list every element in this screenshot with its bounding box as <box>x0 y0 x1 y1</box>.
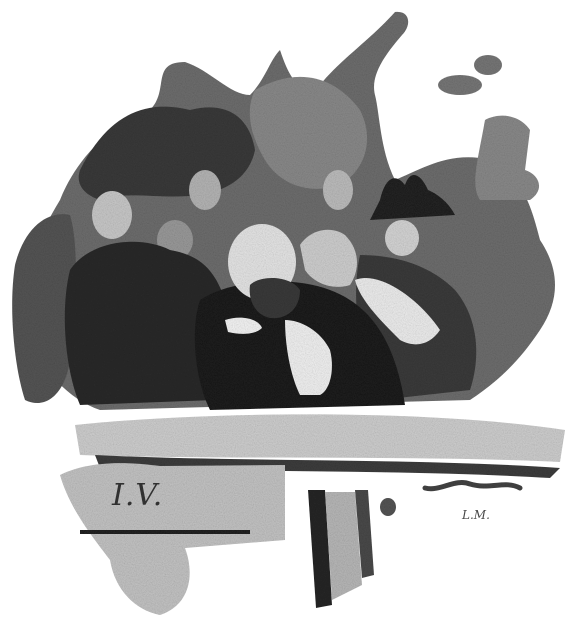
distant-shape <box>438 75 482 95</box>
distant-shape <box>474 55 502 75</box>
illustration <box>0 0 579 621</box>
underline-stroke <box>80 530 250 534</box>
bench-top <box>75 414 565 462</box>
wash-panel <box>60 463 285 615</box>
artist-signature-right: L.M. <box>462 508 490 522</box>
onlooker-head <box>189 170 221 210</box>
artist-signature-left: I.V. <box>112 478 163 513</box>
distant-figure <box>475 116 539 200</box>
hatted-figure-face <box>385 220 419 256</box>
scribble <box>425 482 520 488</box>
artwork-group <box>12 12 565 615</box>
onlooker-head <box>323 170 353 210</box>
onlooker-head <box>92 191 132 239</box>
scribble <box>380 498 396 516</box>
